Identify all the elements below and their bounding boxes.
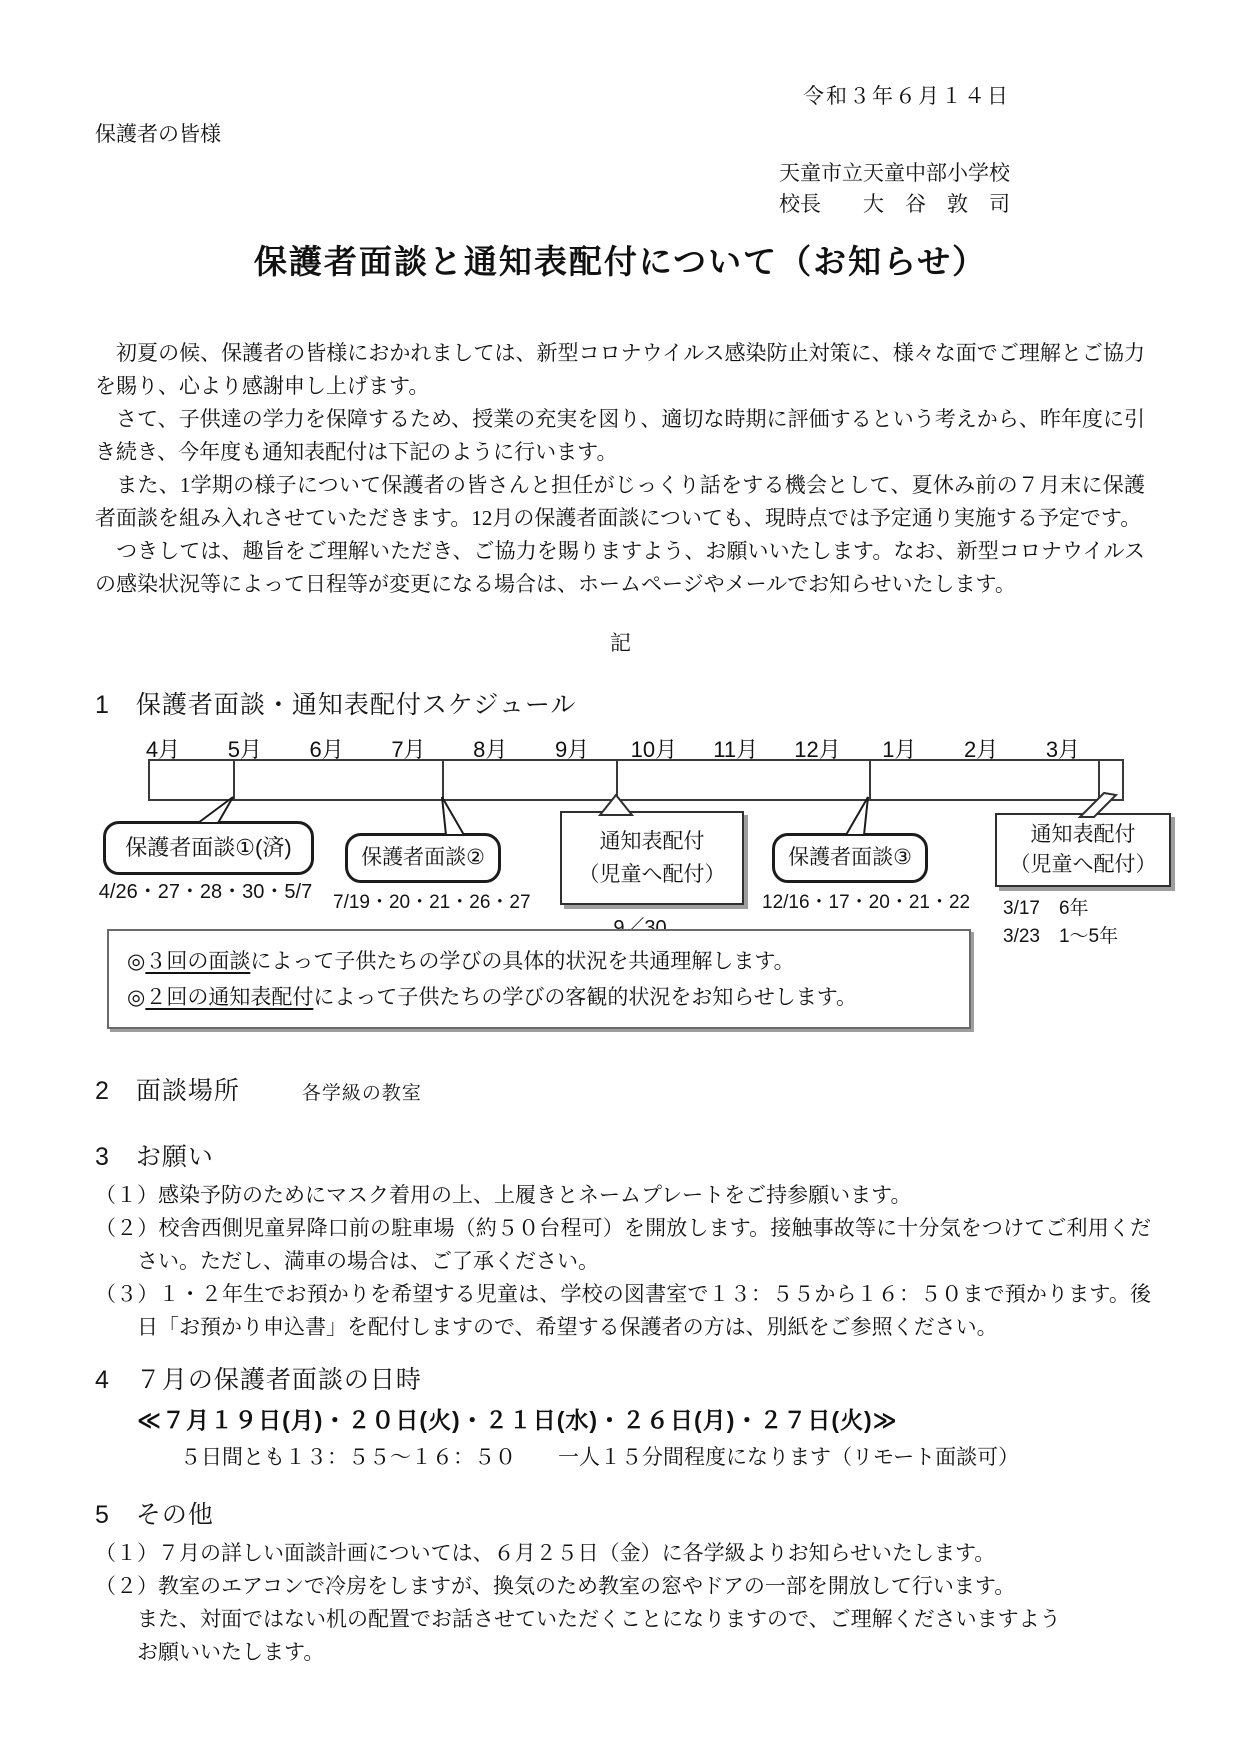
item-number: （２） — [95, 1574, 158, 1598]
request-item-3: （３）１・２年生でお預かりを希望する児童は、学校の図書室で１３：５５から１６：５… — [95, 1278, 1151, 1344]
interview-1-dates: 4/26・27・28・30・5/7 — [88, 875, 323, 904]
summary-note-box: ◎３回の面談によって子供たちの学びの具体的状況を共通理解します。 ◎２回の通知表… — [107, 929, 971, 1029]
note-rest: によって子供たちの学びの客観的状況をお知らせします。 — [313, 985, 857, 1009]
timeline-divider — [442, 761, 444, 799]
paragraph-3: また、1学期の様子について保護者の皆さんと担任がじっくり話をする機会として、夏休… — [95, 469, 1145, 535]
callout-interview-1: 保護者面談①(済) — [103, 821, 314, 875]
section-3-heading: 3 お願い — [95, 1137, 1241, 1173]
note-line-2: ◎２回の通知表配付によって子供たちの学びの客観的状況をお知らせします。 — [127, 979, 951, 1015]
item-number: （２） — [95, 1216, 158, 1240]
other-item-1: （１）７月の詳しい面談計画については、６月２５日（金）に各学級よりお知らせいたし… — [95, 1537, 1151, 1570]
other-item-2: （２）教室のエアコンで冷房をしますが、換気のため教室の窓やドアの一部を開放して行… — [95, 1570, 1151, 1603]
document-date: 令和３年６月１４日 — [0, 0, 1241, 110]
item-text: １・２年生でお預かりを希望する児童は、学校の図書室で１３：５５から１６：５０まで… — [137, 1282, 1151, 1339]
addressee: 保護者の皆様 — [95, 118, 1241, 148]
section-5-items: （１）７月の詳しい面談計画については、６月２５日（金）に各学級よりお知らせいたし… — [95, 1537, 1151, 1669]
july-interview-dates: ≪７月１９日(月)・２０日(火)・２１日(水)・２６日(月)・２７日(火)≫ — [137, 1402, 1241, 1435]
item-text: 校舎西側児童昇降口前の駐車場（約５０台程可）を開放します。接触事故等に十分気をつ… — [137, 1216, 1151, 1273]
schedule-timeline: 4月 5月 6月 7月 8月 9月 10月 11月 12月 1月 2月 3月 保… — [0, 729, 1241, 1041]
callout-tail — [846, 797, 868, 835]
section-3-items: （１）感染予防のためにマスク着用の上、上履きとネームプレートをご持参願います。 … — [95, 1179, 1151, 1344]
callout-line: （児童へ配付） — [562, 858, 742, 891]
request-item-1: （１）感染予防のためにマスク着用の上、上履きとネームプレートをご持参願います。 — [95, 1179, 1151, 1212]
interview-location: 各学級の教室 — [302, 1078, 422, 1105]
july-interview-time: ５日間とも１３：５５～１６：５０ 一人１５分間程度になります（リモート面談可） — [180, 1441, 1241, 1471]
item-text: 教室のエアコンで冷房をしますが、換気のため教室の窓やドアの一部を開放して行います… — [158, 1574, 1015, 1598]
callout-line: （児童へ配付） — [997, 850, 1169, 880]
callout-report-card-2: 通知表配付 （児童へ配付） — [995, 813, 1171, 887]
note-underlined: ２回の通知表配付 — [145, 985, 313, 1009]
principal-name: 校長 大 谷 敦 司 — [779, 189, 1010, 220]
callout-interview-2: 保護者面談② — [345, 833, 501, 883]
paragraph-2: さて、子供達の学力を保障するため、授業の充実を図り、適切な時期に評価するという考… — [95, 403, 1145, 469]
section-5-heading: 5 その他 — [95, 1495, 1241, 1531]
item-number: （３） — [95, 1282, 158, 1306]
callout-line: 通知表配付 — [997, 820, 1169, 850]
note-lead: ◎ — [127, 985, 145, 1009]
callout-interview-3: 保護者面談③ — [772, 833, 928, 883]
note-underlined: ３回の面談 — [145, 949, 250, 973]
item-number: （１） — [95, 1541, 158, 1565]
item-text: ７月の詳しい面談計画については、６月２５日（金）に各学級よりお知らせいたします。 — [158, 1541, 995, 1565]
school-name: 天童市立天童中部小学校 — [779, 158, 1010, 189]
item-text: 感染予防のためにマスク着用の上、上履きとネームプレートをご持参願います。 — [158, 1183, 911, 1207]
timeline-divider — [616, 761, 618, 799]
interview-2-dates: 7/19・20・21・26・27 — [333, 887, 513, 914]
callout-report-card-1: 通知表配付 （児童へ配付） — [560, 811, 744, 905]
timeline-divider — [1098, 761, 1100, 799]
interview-3-dates: 12/16・17・20・21・22 — [762, 887, 947, 914]
callout-tail — [442, 797, 464, 835]
other-item-2-continuation: また、対面ではない机の配置でお話させていただくことになりますので、ご理解ください… — [95, 1603, 1151, 1636]
ki-marker: 記 — [0, 627, 1241, 657]
note-line-1: ◎３回の面談によって子供たちの学びの具体的状況を共通理解します。 — [127, 943, 951, 979]
paragraph-1: 初夏の候、保護者の皆様におかれましては、新型コロナウイルス感染防止対策に、様々な… — [95, 337, 1145, 403]
section-1-heading: 1 保護者面談・通知表配付スケジュール — [95, 685, 1241, 721]
document-title: 保護者面談と通知表配付について（お知らせ） — [0, 236, 1241, 283]
note-rest: によって子供たちの学びの具体的状況を共通理解します。 — [250, 949, 794, 973]
note-lead: ◎ — [127, 949, 145, 973]
sender-block: 天童市立天童中部小学校 校長 大 谷 敦 司 — [779, 158, 1010, 220]
report-card-2-date-grade1-5: 3/23 1～5年 — [1003, 921, 1118, 948]
section-2-heading: 2 面談場所 — [95, 1071, 240, 1107]
timeline-divider — [869, 761, 871, 799]
callout-line: 通知表配付 — [562, 825, 742, 858]
report-card-2-date-grade6: 3/17 6年 — [1003, 893, 1089, 920]
timeline-divider — [233, 761, 235, 799]
document-page: 令和３年６月１４日 保護者の皆様 天童市立天童中部小学校 校長 大 谷 敦 司 … — [0, 0, 1241, 1755]
section-2: 2 面談場所 各学級の教室 — [95, 1071, 1241, 1107]
other-item-2-continuation: お願いいたします。 — [95, 1636, 1151, 1669]
item-number: （１） — [95, 1183, 158, 1207]
paragraph-4: つきしては、趣旨をご理解いただき、ご協力を賜りますよう、お願いいたします。なお、… — [95, 535, 1145, 601]
section-4-heading: 4 ７月の保護者面談の日時 — [95, 1360, 1241, 1396]
request-item-2: （２）校舎西側児童昇降口前の駐車場（約５０台程可）を開放します。接触事故等に十分… — [95, 1212, 1151, 1278]
timeline-bar — [148, 759, 1124, 801]
body-paragraphs: 初夏の候、保護者の皆様におかれましては、新型コロナウイルス感染防止対策に、様々な… — [95, 337, 1145, 601]
